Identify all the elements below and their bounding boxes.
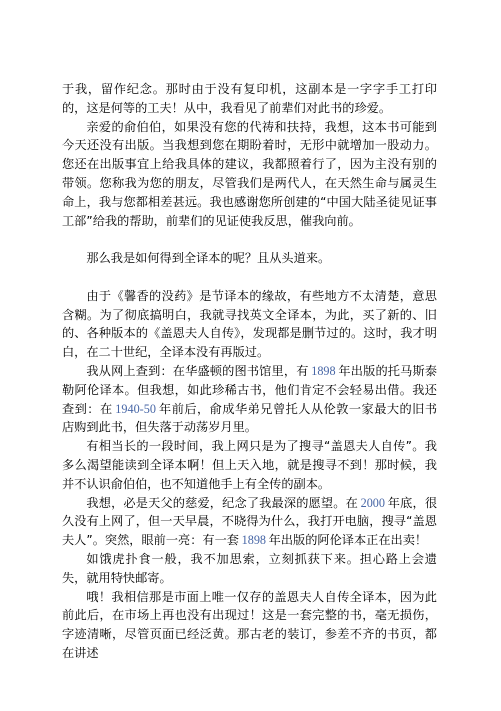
paragraph-6: 有相当长的一段时间，我上网只是为了搜寻“盖恩夫人自传”。我多么渴望能读到全译本啊… [62, 437, 437, 493]
year-number: 2000 [361, 496, 385, 510]
paragraph-2: 亲爱的俞伯伯，如果没有您的代祷和扶持，我想，这本书可能到今天还没有出版。当我想到… [62, 118, 437, 231]
document-page: 于我，留作纪念。那时由于没有复印机，这副本是一字字手工打印的，这是何等的工夫！从… [0, 0, 501, 711]
paragraph-8: 如饿虎扑食一般，我不加思索，立刻抓获下来。担心路上会遗失，就用特快邮寄。 [62, 550, 437, 588]
text-segment: 于我，留作纪念。那时由于没有复印机，这副本是一字字手工打印的，这是何等的工夫！从… [62, 82, 437, 115]
text-segment: 那么我是如何得到全译本的呢？且从头道来。 [86, 251, 330, 265]
year-number: 1898 [242, 533, 266, 547]
text-segment: 我想，必是天父的慈爱，纪念了我最深的愿望。在 [86, 496, 358, 510]
text-segment: 我从网上查到：在华盛顿的图书馆里，有 [86, 364, 308, 378]
paragraph-9: 哦！我相信那是市面上唯一仅存的盖恩夫人自传全译本，因为此前此后，在市场上再也没有… [62, 588, 437, 663]
text-segment: 如饿虎扑食一般，我不加思索，立刻抓获下来。担心路上会遗失，就用特快邮寄。 [62, 552, 437, 585]
text-block: 于我，留作纪念。那时由于没有复印机，这副本是一字字手工打印的，这是何等的工夫！从… [62, 80, 437, 663]
year-number: 1940-50 [115, 402, 156, 416]
paragraph-7: 我想，必是天父的慈爱，纪念了我最深的愿望。在2000年底，很久没有上网了，但一天… [62, 494, 437, 550]
paragraph-1: 于我，留作纪念。那时由于没有复印机，这副本是一字字手工打印的，这是何等的工夫！从… [62, 80, 437, 118]
paragraph-5: 我从网上查到：在华盛顿的图书馆里，有1898年出版的托马斯泰勒阿伦译本。但我想，… [62, 362, 437, 437]
year-number: 1898 [311, 364, 335, 378]
text-segment: 年出版的阿伦译本正在出卖！ [269, 533, 427, 547]
text-segment: 哦！我相信那是市面上唯一仅存的盖恩夫人自传全译本，因为此前此后，在市场上再也没有… [62, 590, 437, 660]
paragraph-4: 由于《馨香的没药》是节译本的缘故，有些地方不太清楚，意思含糊。为了彻底搞明白，我… [62, 287, 437, 362]
text-segment: 亲爱的俞伯伯，如果没有您的代祷和扶持，我想，这本书可能到今天还没有出版。当我想到… [62, 120, 437, 228]
text-segment: 有相当长的一段时间，我上网只是为了搜寻“盖恩夫人自传”。我多么渴望能读到全译本啊… [62, 439, 437, 491]
paragraph-3: 那么我是如何得到全译本的呢？且从头道来。 [62, 249, 437, 268]
text-segment: 由于《馨香的没药》是节译本的缘故，有些地方不太清楚，意思含糊。为了彻底搞明白，我… [62, 289, 437, 359]
